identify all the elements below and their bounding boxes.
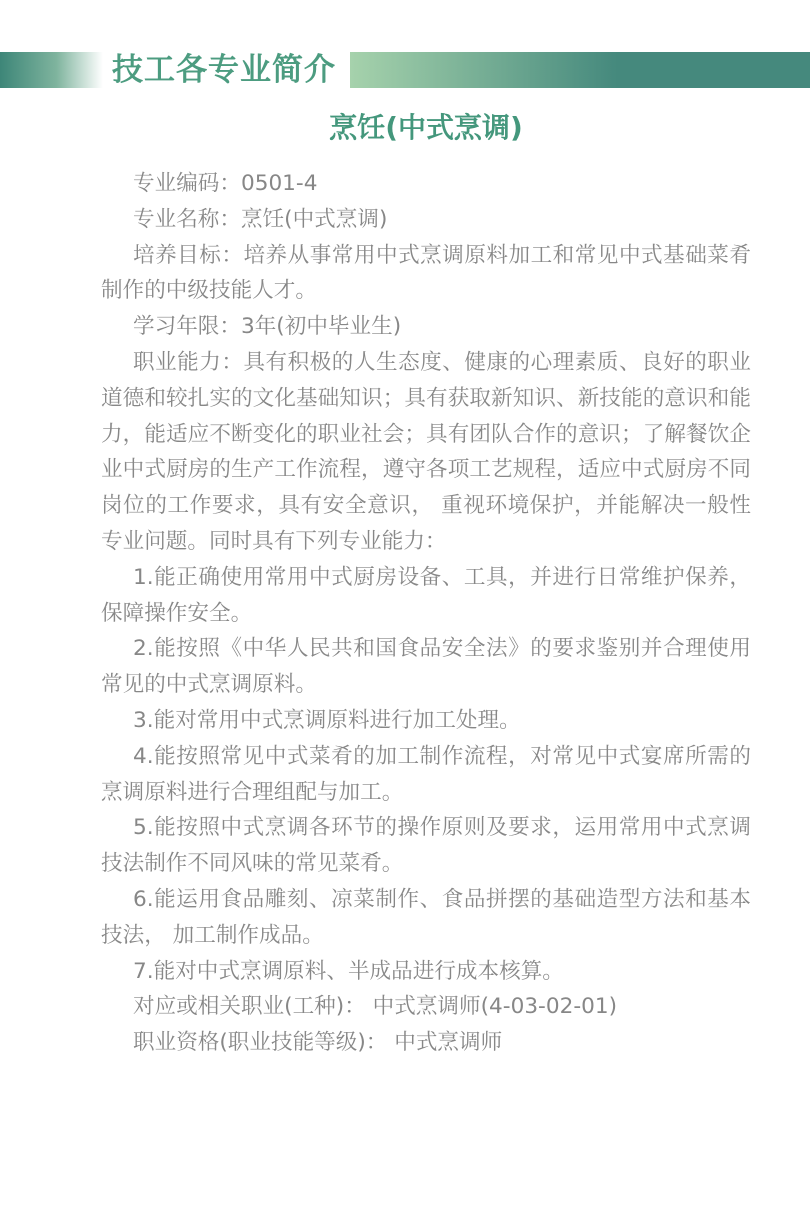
paragraph-ability-item-4: 4.能按照常见中式菜肴的加工制作流程，对常见中式宴席所需的烹调原料进行合理组配与… xyxy=(101,739,751,811)
page: 技工各专业简介 烹饪(中式烹调) 专业编码：0501-4 专业名称：烹饪(中式烹… xyxy=(0,0,810,1224)
paragraph-major-name: 专业名称：烹饪(中式烹调) xyxy=(101,202,751,238)
paragraph-major-code: 专业编码：0501-4 xyxy=(101,166,751,202)
paragraph-training-objective: 培养目标：培养从事常用中式烹调原料加工和常见中式基础菜肴制作的中级技能人才。 xyxy=(101,238,751,310)
paragraph-ability-item-3: 3.能对常用中式烹调原料进行加工处理。 xyxy=(101,703,751,739)
paragraph-related-occupation: 对应或相关职业(工种)： 中式烹调师(4-03-02-01) xyxy=(101,989,751,1025)
doc-title: 烹饪(中式烹调) xyxy=(101,110,751,146)
paragraph-ability-item-7: 7.能对中式烹调原料、半成品进行成本核算。 xyxy=(101,954,751,990)
header-left-gradient-bar xyxy=(0,52,103,88)
paragraph-ability-item-1: 1.能正确使用常用中式厨房设备、工具，并进行日常维护保养，保障操作安全。 xyxy=(101,560,751,632)
paragraph-vocational-qualification: 职业资格(职业技能等级)： 中式烹调师 xyxy=(101,1025,751,1061)
paragraph-study-duration: 学习年限：3年(初中毕业生) xyxy=(101,309,751,345)
paragraph-ability-item-5: 5.能按照中式烹调各环节的操作原则及要求，运用常用中式烹调技法制作不同风味的常见… xyxy=(101,810,751,882)
header-right-gradient-bar xyxy=(350,52,810,88)
section-header-title: 技工各专业简介 xyxy=(103,52,350,88)
paragraph-ability-item-6: 6.能运用食品雕刻、凉菜制作、食品拼摆的基础造型方法和基本技法， 加工制作成品。 xyxy=(101,882,751,954)
paragraph-vocational-ability: 职业能力：具有积极的人生态度、健康的心理素质、良好的职业道德和较扎实的文化基础知… xyxy=(101,345,751,560)
page-header: 技工各专业简介 xyxy=(0,52,810,88)
paragraph-ability-item-2: 2.能按照《中华人民共和国食品安全法》的要求鉴别并合理使用常见的中式烹调原料。 xyxy=(101,631,751,703)
document-body: 烹饪(中式烹调) 专业编码：0501-4 专业名称：烹饪(中式烹调) 培养目标：… xyxy=(101,110,751,1061)
